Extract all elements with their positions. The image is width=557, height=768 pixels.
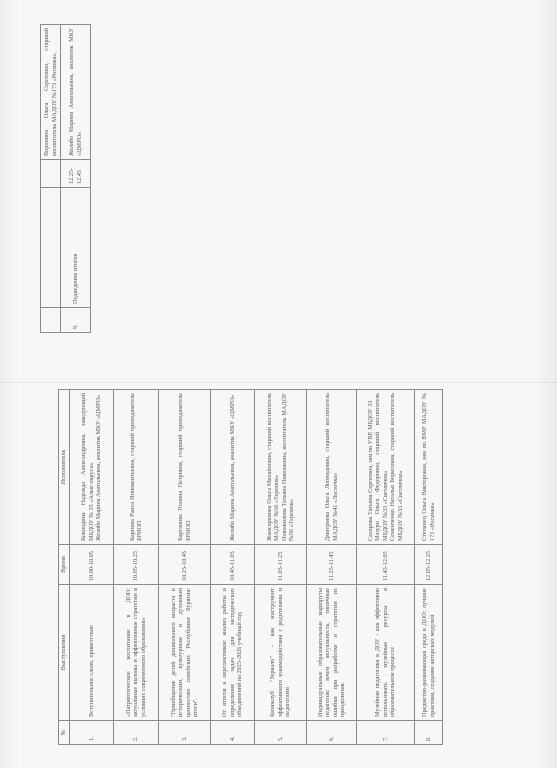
- table-row: Воронина Ольга Сергеевна, старший воспит…: [41, 25, 61, 333]
- time-cell: 11.25-11.45: [307, 545, 357, 585]
- table-row: 3. "Приобщение детей дошкольного возраст…: [159, 390, 211, 745]
- time-cell: 11.05-11.25: [255, 545, 307, 585]
- executor-cell: Карпова Раиса Иннокентьевна, старший пре…: [114, 390, 159, 545]
- talk-cell: "Приобщение детей дошкольного возраста к…: [159, 585, 211, 721]
- table-row: 6. Индивидуальные образовательные маршру…: [307, 390, 357, 745]
- talk-cell: Киноклуб "Зеркало" - как инструмент эффе…: [255, 585, 307, 721]
- page-fold-line: [0, 382, 557, 383]
- executor-cell: Бартанова Полина Петровна, старший препо…: [159, 390, 211, 545]
- talk-cell: Музейная педагогика в ДОУ - как эффектив…: [357, 585, 415, 721]
- time-cell: 10.05-10.25: [114, 545, 159, 585]
- time-cell: 11.45-12.05: [357, 545, 415, 585]
- continuation-table: Воронина Ольга Сергеевна, старший воспит…: [40, 24, 91, 333]
- talk-cell: Индивидуальные образовательные маршруты …: [307, 585, 357, 721]
- row-number-cell: 8.: [415, 721, 443, 745]
- executor-cell: Желябо Марина Анатольевна, аналитик МКУ …: [61, 25, 91, 160]
- row-number-cell: 3.: [159, 721, 211, 745]
- header-executor: Исполнитель: [59, 390, 70, 545]
- executor-name: Желябо Марина Анатольевна, аналитик МКУ …: [95, 393, 102, 541]
- row-number-cell: 9.: [61, 308, 91, 333]
- header-time: Время: [59, 545, 70, 585]
- executor-name: Желябо Марина Анатольевна, аналитик МКУ …: [68, 28, 83, 156]
- executor-name: Семенченко Наталья Борисовна, старший во…: [389, 393, 404, 541]
- time-cell: 12.05-12.25: [415, 545, 443, 585]
- talk-cell: [41, 188, 61, 308]
- executor-name: Сахарова Татьяна Сергеевна, зам по УВР, …: [367, 393, 374, 541]
- time-cell: 10.45-11.05: [211, 545, 255, 585]
- row-number-cell: 1.: [70, 721, 114, 745]
- executor-cell: Сахарова Татьяна Сергеевна, зам по УВР, …: [357, 390, 415, 545]
- table-row: 1. Вступительное слово, приветствие 10.0…: [70, 390, 114, 745]
- executor-cell: Степанец Ольга Викторовна, зам по ВМР МА…: [415, 390, 443, 545]
- table-row: 9. Подведение итогов 12.25-12.45 Желябо …: [61, 25, 91, 333]
- row-number-cell: 2.: [114, 721, 159, 745]
- executor-name: Новожилова Татьяна Николаевна, воспитате…: [281, 393, 296, 541]
- executor-cell: Жамсаранова Ольга Михайловна, старший во…: [255, 390, 307, 545]
- row-number-cell: 4.: [211, 721, 255, 745]
- executor-name: Бартанова Полина Петровна, старший препо…: [177, 393, 192, 541]
- executor-name: Воронина Ольга Сергеевна, старший воспит…: [43, 28, 58, 156]
- executor-name: Жамсаранова Ольга Михайловна, старший во…: [266, 393, 281, 541]
- time-cell: [41, 160, 61, 188]
- executor-cell: Дмитриева Ольга Леонидовна, старший восп…: [307, 390, 357, 545]
- table-row: 4. От итогов к перспективам: анализ рабо…: [211, 390, 255, 745]
- executor-name: Кокнодина Надежда Александровна, заведую…: [80, 393, 95, 541]
- talk-cell: Подведение итогов: [61, 188, 91, 308]
- table-row: 5. Киноклуб "Зеркало" - как инструмент э…: [255, 390, 307, 745]
- row-number-cell: 7.: [357, 721, 415, 745]
- header-talk: Выступления: [59, 585, 70, 721]
- program-table-continuation: Воронина Ольга Сергеевна, старший воспит…: [40, 24, 91, 333]
- row-number-cell: 6.: [307, 721, 357, 745]
- time-cell: 10.25-10.45: [159, 545, 211, 585]
- executor-name: Дмитриева Ольга Леонидовна, старший восп…: [324, 393, 339, 541]
- executor-name: Мазуро Ольга Федоровна, старший воспитат…: [374, 393, 389, 541]
- table-row: 7. Музейная педагогика в ДОУ - как эффек…: [357, 390, 415, 745]
- table-header-row: № Выступления Время Исполнитель: [59, 390, 70, 745]
- executor-cell: Воронина Ольга Сергеевна, старший воспит…: [41, 25, 61, 160]
- row-number-cell: 5.: [255, 721, 307, 745]
- talk-cell: Предметно-развивающая среда в ДОО: лучши…: [415, 585, 443, 721]
- executor-name: Степанец Ольга Викторовна, зам по ВМР МА…: [421, 393, 436, 541]
- executor-cell: Кокнодина Надежда Александровна, заведую…: [70, 390, 114, 545]
- header-number: №: [59, 721, 70, 745]
- table-row: 2. «Патриотическое воспитание в ДОО: акт…: [114, 390, 159, 745]
- time-cell: 10.00-10.05: [70, 545, 114, 585]
- program-table: № Выступления Время Исполнитель 1. Вступ…: [58, 389, 443, 745]
- executor-name: Карпова Раиса Иннокентьевна, старший пре…: [129, 393, 144, 541]
- time-cell: 12.25-12.45: [61, 160, 91, 188]
- talk-cell: «Патриотическое воспитание в ДОО: актуал…: [114, 585, 159, 721]
- main-table: № Выступления Время Исполнитель 1. Вступ…: [58, 389, 443, 745]
- talk-cell: Вступительное слово, приветствие: [70, 585, 114, 721]
- row-number-cell: [41, 308, 61, 333]
- executor-cell: Желябо Марина Анатольевна, аналитик МКУ …: [211, 390, 255, 545]
- executor-name: Желябо Марина Анатольевна, аналитик МКУ …: [229, 393, 236, 541]
- table-row: 8. Предметно-развивающая среда в ДОО: лу…: [415, 390, 443, 745]
- talk-cell: От итогов к перспективам: анализ работы …: [211, 585, 255, 721]
